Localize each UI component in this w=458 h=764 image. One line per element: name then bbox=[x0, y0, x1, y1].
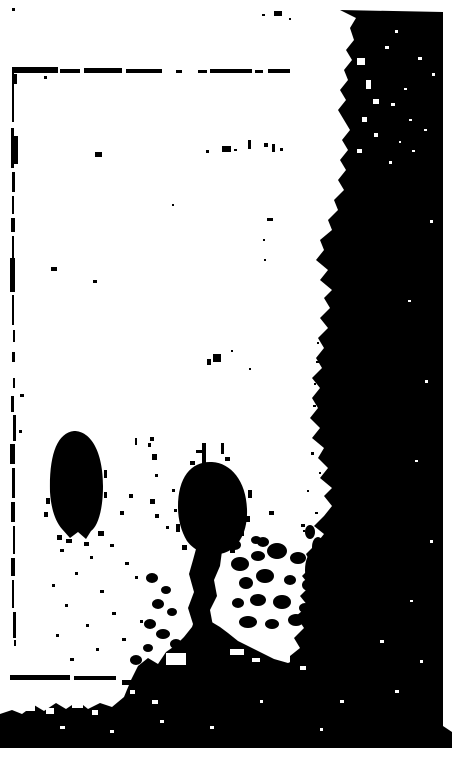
binarized-plate-photo bbox=[0, 0, 458, 764]
left-spot bbox=[50, 431, 103, 539]
figure-canvas bbox=[0, 0, 458, 764]
